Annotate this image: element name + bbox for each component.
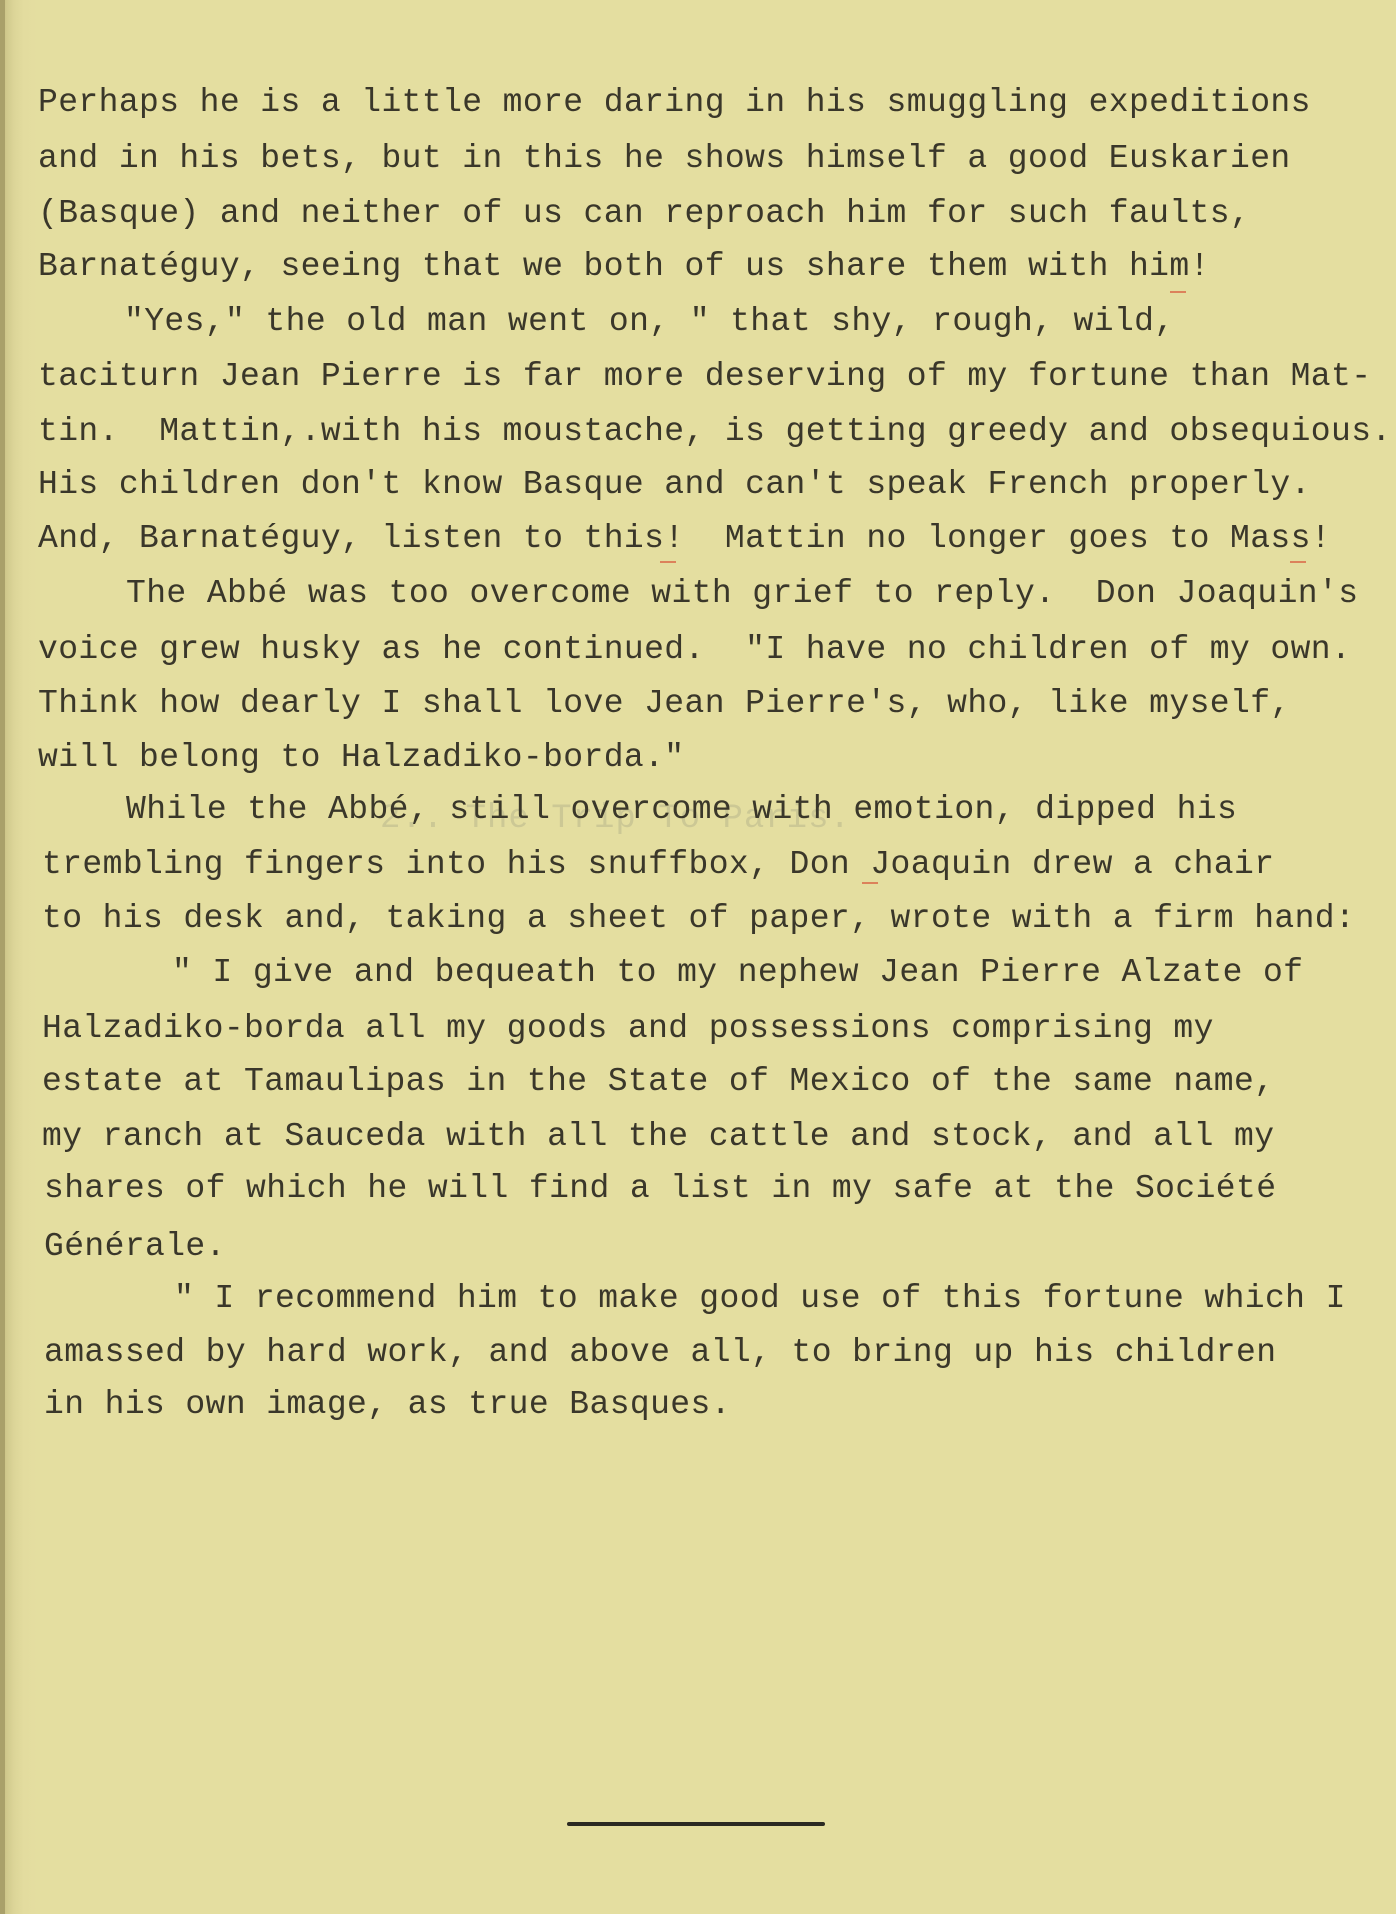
text-line-11: voice grew husky as he continued. "I hav… [38,633,1351,666]
text-line-24: amassed by hard work, and above all, to … [44,1336,1276,1369]
end-of-section-rule [567,1822,825,1826]
text-line-23: " I recommend him to make good use of th… [174,1282,1346,1315]
red-proof-mark [1290,561,1306,563]
text-line-3: (Basque) and neither of us can reproach … [38,197,1250,230]
text-line-14: While the Abbé, still overcome with emot… [126,793,1237,826]
text-line-13: will belong to Halzadiko-borda." [38,741,685,774]
text-line-18: Halzadiko-borda all my goods and possess… [42,1012,1214,1045]
text-line-19: estate at Tamaulipas in the State of Mex… [42,1065,1274,1098]
text-line-15: trembling fingers into his snuffbox, Don… [42,848,1274,881]
text-line-17: " I give and bequeath to my nephew Jean … [172,956,1303,989]
text-line-25: in his own image, as true Basques. [44,1388,731,1421]
red-proof-mark [660,561,676,563]
red-proof-mark [1170,291,1186,293]
text-line-20: my ranch at Sauceda with all the cattle … [42,1120,1274,1153]
text-line-5: "Yes," the old man went on, " that shy, … [124,305,1175,338]
text-line-8: His children don't know Basque and can't… [38,468,1311,501]
text-line-21: shares of which he will find a list in m… [44,1172,1276,1205]
typewritten-page: 2.. The Trip To Paris. Perhaps he is a l… [0,0,1396,1914]
text-line-12: Think how dearly I shall love Jean Pierr… [38,687,1291,720]
text-line-6: taciturn Jean Pierre is far more deservi… [38,360,1371,393]
page-left-edge [0,0,5,1914]
text-line-1: Perhaps he is a little more daring in hi… [38,86,1311,119]
text-line-22: Générale. [44,1230,226,1263]
red-proof-mark [862,882,878,884]
text-line-2: and in his bets, but in this he shows hi… [38,142,1291,175]
text-line-7: tin. Mattin,.with his moustache, is gett… [38,415,1392,448]
text-line-16: to his desk and, taking a sheet of paper… [42,902,1355,935]
text-line-9: And, Barnatéguy, listen to this! Mattin … [38,522,1331,555]
text-line-10: The Abbé was too overcome with grief to … [126,577,1358,610]
text-line-4: Barnatéguy, seeing that we both of us sh… [38,250,1210,283]
